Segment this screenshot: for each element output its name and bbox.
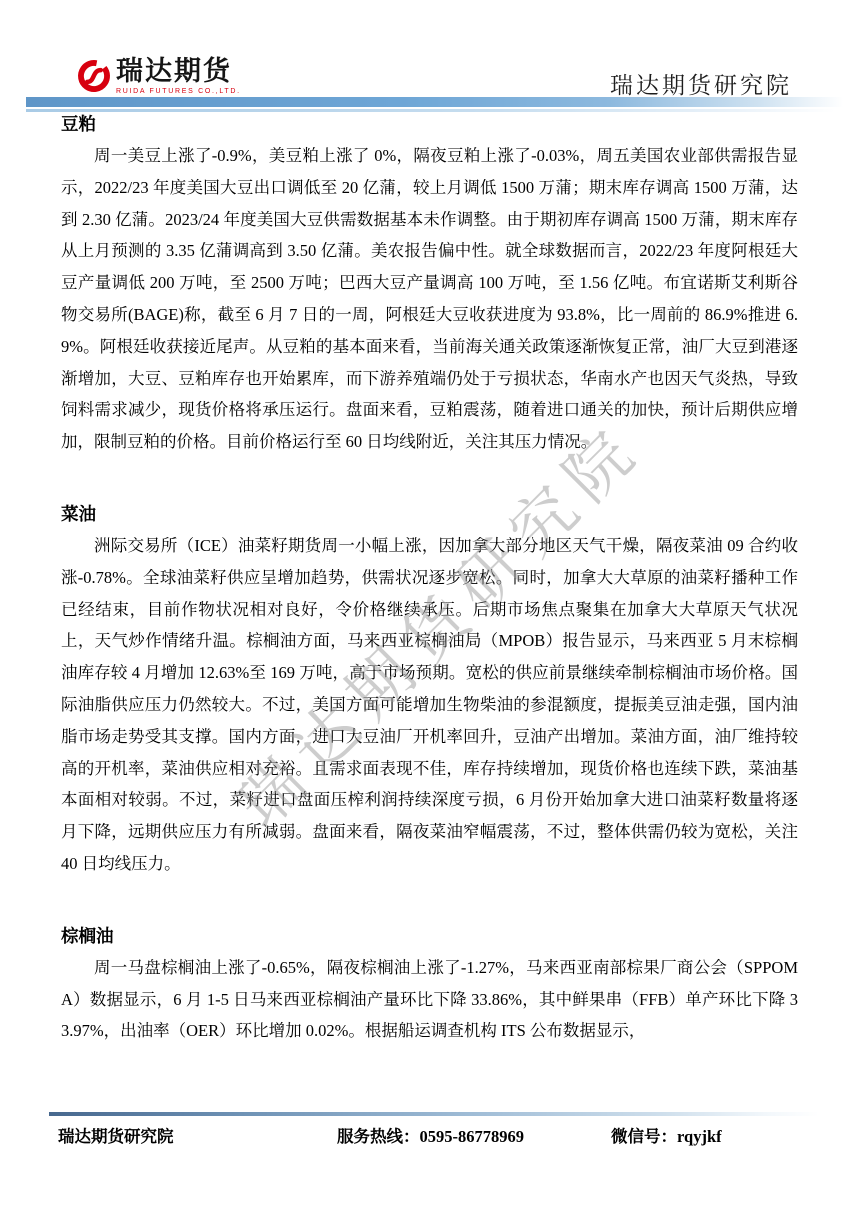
- page-header: 瑞达期货 RUIDA FUTURES CO.,LTD. 瑞达期货研究院: [0, 0, 860, 115]
- logo-brand-name: 瑞达期货: [116, 58, 241, 85]
- section-soybean-meal: 豆粕 周一美豆上涨了-0.9%，美豆粕上涨了 0%，隔夜豆粕上涨了-0.03%，…: [61, 108, 798, 458]
- footer-divider-line: [49, 1112, 819, 1116]
- page-footer: 瑞达期货研究院 服务热线：0595-86778969 微信号：rqyjkf: [0, 1123, 860, 1153]
- logo-text-block: 瑞达期货 RUIDA FUTURES CO.,LTD.: [116, 58, 241, 95]
- section-body-palm-oil: 周一马盘棕榈油上涨了-0.65%，隔夜棕榈油上涨了-1.27%，马来西亚南部棕果…: [61, 952, 798, 1047]
- section-rapeseed-oil: 菜油 洲际交易所（ICE）油菜籽期货周一小幅上涨，因加拿大部分地区天气干燥，隔夜…: [61, 498, 798, 880]
- footer-wechat: 微信号：rqyjkf: [611, 1123, 722, 1147]
- section-body-soybean-meal: 周一美豆上涨了-0.9%，美豆粕上涨了 0%，隔夜豆粕上涨了-0.03%，周五美…: [61, 140, 798, 458]
- ruida-logo-icon: [76, 58, 112, 94]
- section-body-rapeseed-oil: 洲际交易所（ICE）油菜籽期货周一小幅上涨，因加拿大部分地区天气干燥，隔夜菜油 …: [61, 530, 798, 880]
- ruida-logo: 瑞达期货 RUIDA FUTURES CO.,LTD.: [76, 58, 241, 95]
- report-content: 豆粕 周一美豆上涨了-0.9%，美豆粕上涨了 0%，隔夜豆粕上涨了-0.03%，…: [61, 108, 798, 1047]
- section-heading-palm-oil: 棕榈油: [61, 920, 798, 952]
- header-institute-title: 瑞达期货研究院: [610, 67, 792, 100]
- section-palm-oil: 棕榈油 周一马盘棕榈油上涨了-0.65%，隔夜棕榈油上涨了-1.27%，马来西亚…: [61, 920, 798, 1047]
- footer-hotline: 服务热线：0595-86778969: [337, 1123, 524, 1147]
- header-divider-main: [26, 97, 860, 107]
- footer-institute: 瑞达期货研究院: [58, 1123, 174, 1147]
- section-heading-soybean-meal: 豆粕: [61, 108, 798, 140]
- logo-company-subtitle: RUIDA FUTURES CO.,LTD.: [116, 88, 241, 95]
- section-heading-rapeseed-oil: 菜油: [61, 498, 798, 530]
